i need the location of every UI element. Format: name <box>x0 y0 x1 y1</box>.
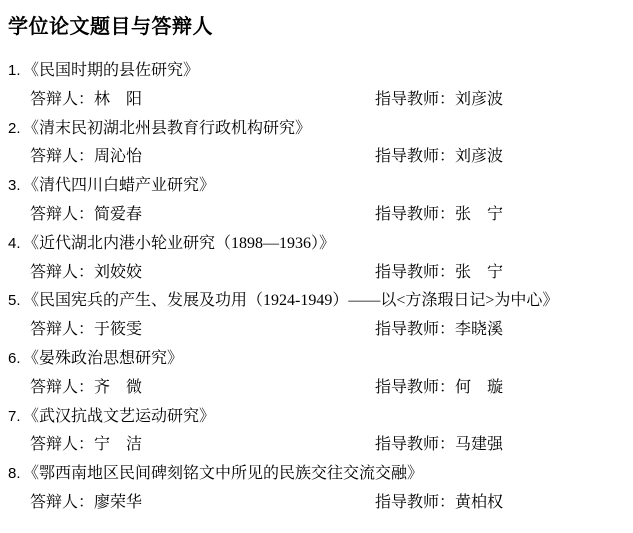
defender: 答辩人：周沁怡 <box>30 148 142 165</box>
supervisor-label: 指导教师： <box>375 264 455 281</box>
page-title: 学位论文题目与答辩人 <box>8 14 633 40</box>
item-number: 3. <box>8 172 23 201</box>
thesis-title-line: 5.《民国宪兵的产生、发展及功用（1924-1949）——以<方涤瑕日记>为中心… <box>8 287 633 316</box>
defender-name: 周沁怡 <box>94 148 142 165</box>
item-number: 5. <box>8 287 23 316</box>
thesis-title-line: 8.《鄂西南地区民间碑刻铭文中所见的民族交往交流交融》 <box>8 460 633 489</box>
defender-label: 答辩人： <box>30 436 94 453</box>
defender-name: 简爱春 <box>94 206 142 223</box>
supervisor-name: 李晓溪 <box>455 321 503 338</box>
thesis-title: 《鄂西南地区民间碑刻铭文中所见的民族交往交流交融》 <box>23 465 423 482</box>
defender-name: 于筱雯 <box>94 321 142 338</box>
person-line: 答辩人：宁 洁 指导教师：马建强 <box>8 431 633 460</box>
defender: 答辩人：廖荣华 <box>30 494 142 511</box>
defender-name: 宁 洁 <box>94 436 142 453</box>
thesis-item: 2.《清末民初湖北州县教育行政机构研究》 答辩人：周沁怡 指导教师：刘彦波 <box>8 115 633 173</box>
person-line: 答辩人：于筱雯 指导教师：李晓溪 <box>8 316 633 345</box>
supervisor: 指导教师：李晓溪 <box>375 316 503 345</box>
item-number: 6. <box>8 345 23 374</box>
supervisor: 指导教师：黄柏权 <box>375 489 503 518</box>
supervisor: 指导教师：刘彦波 <box>375 143 503 172</box>
thesis-title-line: 3.《清代四川白蜡产业研究》 <box>8 172 633 201</box>
document-page: { "title": "学位论文题目与答辩人", "labels": { "de… <box>0 0 633 533</box>
defender: 答辩人：齐 微 <box>30 379 142 396</box>
defender: 答辩人：宁 洁 <box>30 436 142 453</box>
defender-label: 答辩人： <box>30 91 94 108</box>
thesis-item: 7.《武汉抗战文艺运动研究》 答辩人：宁 洁 指导教师：马建强 <box>8 403 633 461</box>
thesis-title-line: 1.《民国时期的县佐研究》 <box>8 57 633 86</box>
person-line: 答辩人：廖荣华 指导教师：黄柏权 <box>8 489 633 518</box>
supervisor: 指导教师：张 宁 <box>375 259 503 288</box>
defender-label: 答辩人： <box>30 321 94 338</box>
item-number: 1. <box>8 57 23 86</box>
person-line: 答辩人：刘姣姣 指导教师：张 宁 <box>8 259 633 288</box>
supervisor-name: 黄柏权 <box>455 494 503 511</box>
thesis-title: 《清末民初湖北州县教育行政机构研究》 <box>23 120 311 137</box>
defender-name: 廖荣华 <box>94 494 142 511</box>
defender: 答辩人：于筱雯 <box>30 321 142 338</box>
supervisor-label: 指导教师： <box>375 436 455 453</box>
defender: 答辩人：林 阳 <box>30 91 142 108</box>
person-line: 答辩人：周沁怡 指导教师：刘彦波 <box>8 143 633 172</box>
thesis-item: 8.《鄂西南地区民间碑刻铭文中所见的民族交往交流交融》 答辩人：廖荣华 指导教师… <box>8 460 633 518</box>
supervisor-name: 刘彦波 <box>455 148 503 165</box>
thesis-title: 《近代湖北内港小轮业研究（1898—1936）》 <box>23 235 335 252</box>
thesis-title: 《民国时期的县佐研究》 <box>23 62 199 79</box>
item-number: 8. <box>8 460 23 489</box>
supervisor-label: 指导教师： <box>375 206 455 223</box>
person-line: 答辩人：林 阳 指导教师：刘彦波 <box>8 86 633 115</box>
defender-label: 答辩人： <box>30 379 94 396</box>
thesis-title-line: 6.《晏殊政治思想研究》 <box>8 345 633 374</box>
defender-label: 答辩人： <box>30 148 94 165</box>
thesis-item: 3.《清代四川白蜡产业研究》 答辩人：简爱春 指导教师：张 宁 <box>8 172 633 230</box>
thesis-item: 4.《近代湖北内港小轮业研究（1898—1936）》 答辩人：刘姣姣 指导教师：… <box>8 230 633 288</box>
person-line: 答辩人：简爱春 指导教师：张 宁 <box>8 201 633 230</box>
supervisor-label: 指导教师： <box>375 494 455 511</box>
supervisor: 指导教师：马建强 <box>375 431 503 460</box>
thesis-title: 《晏殊政治思想研究》 <box>23 350 183 367</box>
supervisor-name: 马建强 <box>455 436 503 453</box>
thesis-title: 《清代四川白蜡产业研究》 <box>23 177 215 194</box>
item-number: 2. <box>8 115 23 144</box>
supervisor-label: 指导教师： <box>375 379 455 396</box>
supervisor-name: 张 宁 <box>455 206 503 223</box>
supervisor-name: 张 宁 <box>455 264 503 281</box>
thesis-title: 《武汉抗战文艺运动研究》 <box>23 408 215 425</box>
supervisor: 指导教师：刘彦波 <box>375 86 503 115</box>
supervisor-label: 指导教师： <box>375 91 455 108</box>
supervisor-name: 何 璇 <box>455 379 503 396</box>
supervisor: 指导教师：何 璇 <box>375 374 503 403</box>
defender-label: 答辩人： <box>30 206 94 223</box>
defender-name: 齐 微 <box>94 379 142 396</box>
thesis-title-line: 4.《近代湖北内港小轮业研究（1898—1936）》 <box>8 230 633 259</box>
supervisor-label: 指导教师： <box>375 148 455 165</box>
defender-name: 刘姣姣 <box>94 264 142 281</box>
defender: 答辩人：刘姣姣 <box>30 264 142 281</box>
defender: 答辩人：简爱春 <box>30 206 142 223</box>
item-number: 7. <box>8 403 23 432</box>
supervisor-label: 指导教师： <box>375 321 455 338</box>
person-line: 答辩人：齐 微 指导教师：何 璇 <box>8 374 633 403</box>
thesis-title-line: 2.《清末民初湖北州县教育行政机构研究》 <box>8 115 633 144</box>
thesis-item: 5.《民国宪兵的产生、发展及功用（1924-1949）——以<方涤瑕日记>为中心… <box>8 287 633 345</box>
thesis-item: 1.《民国时期的县佐研究》 答辩人：林 阳 指导教师：刘彦波 <box>8 57 633 115</box>
supervisor-name: 刘彦波 <box>455 91 503 108</box>
thesis-item: 6.《晏殊政治思想研究》 答辩人：齐 微 指导教师：何 璇 <box>8 345 633 403</box>
thesis-title-line: 7.《武汉抗战文艺运动研究》 <box>8 403 633 432</box>
defender-label: 答辩人： <box>30 494 94 511</box>
defender-name: 林 阳 <box>94 91 142 108</box>
defender-label: 答辩人： <box>30 264 94 281</box>
supervisor: 指导教师：张 宁 <box>375 201 503 230</box>
thesis-title: 《民国宪兵的产生、发展及功用（1924-1949）——以<方涤瑕日记>为中心》 <box>23 292 558 309</box>
thesis-list: 1.《民国时期的县佐研究》 答辩人：林 阳 指导教师：刘彦波 2.《清末民初湖北… <box>8 57 633 518</box>
item-number: 4. <box>8 230 23 259</box>
